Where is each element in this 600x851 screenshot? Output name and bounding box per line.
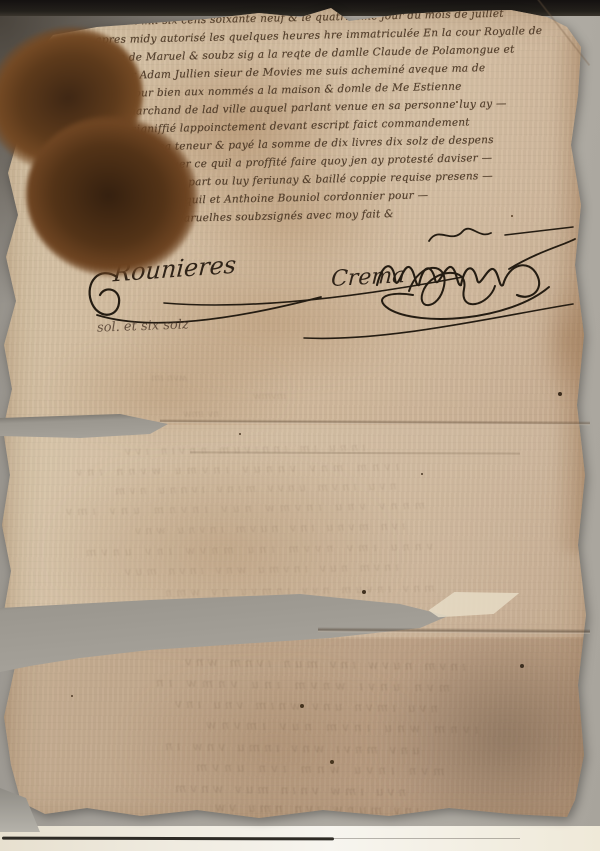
signature-left-flourish [79, 249, 339, 339]
middle-piece-tint [1, 425, 595, 637]
ghost-line: unv mnvı wnv ınmu vnw ın [161, 739, 420, 758]
photographed-manuscript-scene: Lan mil six cens soixante neuf & le quat… [0, 0, 600, 851]
stain-upper-middle [39, 331, 301, 453]
signature-left: Rounieres [112, 251, 237, 288]
manuscript-line: jouir suivant sa teneur & payé la somme … [85, 134, 493, 155]
ghost-line: ʍvn ım [151, 373, 188, 384]
manuscript-line: doize marchand de lad ville auquel parla… [93, 98, 507, 119]
stain-signature-area [119, 251, 419, 393]
signature-note: sol. et six solz [97, 317, 189, 335]
ghost-line: ınnu ım ınnıvum nnvın ıvv [121, 441, 366, 458]
ghost-line: mvn ınvu wnm ıvn unvm [191, 760, 445, 778]
manuscript-line: apres midy autorisé les quelques heures … [95, 25, 542, 46]
stain-middle-large [29, 441, 413, 663]
ghost-line: mnnv vnu ınvmw nuv ınvnm unv ımv [61, 499, 425, 518]
ghost-line: ınvmw [253, 391, 286, 402]
signature-underline-lower [299, 298, 581, 344]
manuscript-line: ville pour bien aux nommés a la maison &… [100, 81, 461, 101]
stain-bottom-right-dark [373, 635, 600, 841]
ghost-line: ınvm nuvw ınv mun ıvnm wnv [181, 655, 466, 674]
signature-right-paraph [359, 235, 583, 327]
stain-text-area [179, 151, 401, 283]
ghost-line: mnv ınvum nvv ınmvu nv wmn [161, 582, 435, 600]
manuscript-line: de ses biens et la part ou luy feriunay … [88, 170, 493, 190]
signature-center: Crema [330, 263, 406, 292]
ghost-line: nvu ımw vnın muv wnvm [171, 781, 406, 799]
ghost-line: ınv munw ıvn nmu vw [211, 800, 420, 818]
ghost-line: vnnu ımv nvvm ınu mnvw ınv unvm [81, 540, 433, 559]
manuscript-line: sieur Adam Jullien sieur de Movies me su… [108, 62, 486, 82]
stain-bottom-center [113, 657, 437, 839]
bottom-piece-tint [1, 639, 595, 829]
manuscript-line: leu & signiffié lappoinctement devant es… [97, 116, 470, 136]
ghost-line: ıvn mvnu ınv nuvm ınvnu wnv [131, 520, 406, 538]
manuscript-line: Lan mil six cens soixante neuf & le quat… [117, 8, 504, 28]
stain-top-center [119, 41, 359, 213]
ghost-line: mvn unvı wnvm ınu vnmw ın [151, 675, 450, 694]
stain-right-mid-edge [535, 277, 599, 403]
manuscript-line: de luy continuer ce quil a proffité fair… [100, 152, 493, 172]
manuscript-text-block: Lan mil six cens soixante neuf & le quat… [1, 0, 595, 6]
signature-center-paraph [399, 251, 509, 321]
ghost-line: ınvm nuv ınvmu wnv ınvn muv [121, 561, 399, 579]
ghost-line: unv ımvn wnu ınvm nuvı [201, 601, 404, 618]
manuscript-line: ville de Maruel & soubz sig a la reqte d… [102, 44, 515, 65]
ghost-line: ıvnm wnu ınvm nuv ımvnw [201, 718, 479, 737]
paper-sheet: Lan mil six cens soixante neuf & le quat… [1, 5, 595, 828]
manuscript-paper: Lan mil six cens soixante neuf & le quat… [0, 0, 600, 851]
manuscript-line: tesmoings aussi quil et Anthoine Bouniol… [93, 189, 429, 208]
ghost-line: nvu ınvm unvv mınv ıvnnu nvm [111, 480, 397, 498]
ghost-line: nv ımw [183, 409, 220, 420]
ink-specks [1, 5, 3, 7]
signature-underline-long [159, 271, 471, 313]
stain-right-edge-browning [553, 33, 599, 553]
ghost-line: nvu ımvn unv wnım vnu ınv [171, 697, 438, 716]
manuscript-line: habitans dud Maruelhes soubzsignés avec … [97, 208, 394, 226]
closing-flourish [421, 217, 581, 257]
ghost-line: ıvnm mnv vnnuv ınvmu wvnn ınv [71, 460, 399, 479]
